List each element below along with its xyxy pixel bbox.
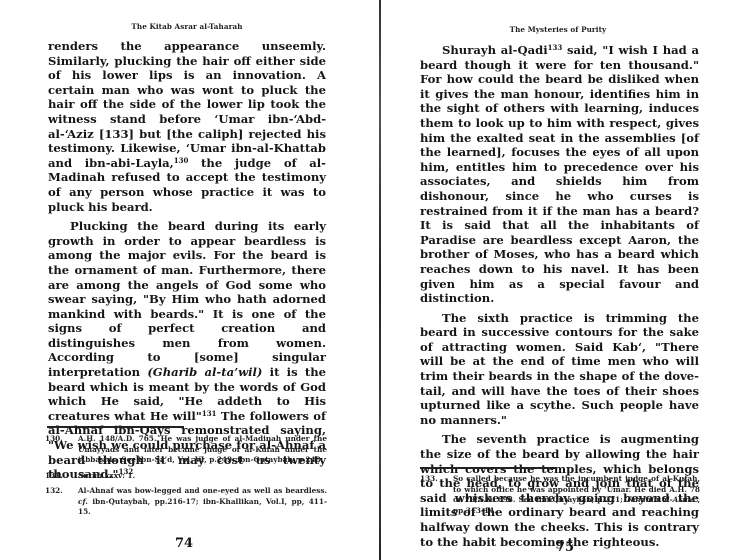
- footnote-ref: 130: [174, 156, 189, 165]
- italic-text: Tahdhib al-Asma’: [626, 495, 697, 504]
- footnote: 130.A.H. 148/A.D. 765. He was judge of a…: [45, 434, 327, 466]
- footnote: 131.Surah xxxv: 1.: [45, 471, 327, 482]
- italic-text: (Gharib al-ta’wil): [147, 365, 262, 379]
- paragraph: The sixth practice is trimming the beard…: [420, 311, 699, 428]
- footnote-ref: 131: [202, 409, 217, 418]
- page-number-left: 74: [164, 536, 204, 551]
- footnote-text: So called because he was the incumbent j…: [453, 474, 700, 516]
- right-page: The Mysteries of Purity Shurayh al-Qadi1…: [381, 0, 750, 560]
- page-number-right: 75: [545, 540, 585, 555]
- footnote-ref: 133: [548, 43, 563, 52]
- footnote-rule-left: [47, 426, 184, 428]
- italic-text: Surah: [78, 471, 102, 480]
- footnote-text: Surah xxxv: 1.: [78, 471, 327, 482]
- italic-text: cf.: [78, 497, 88, 506]
- footnote-text: A.H. 148/A.D. 765. He was judge of al-Ma…: [78, 434, 327, 466]
- footnote-number: 130.: [45, 434, 78, 466]
- footnote-number: 131.: [45, 471, 78, 482]
- paragraph: Shurayh al-Qadi133 said, "I wish I had a…: [420, 43, 699, 306]
- footnote: 133.So called because he was the incumbe…: [420, 474, 700, 516]
- running-head-right: The Mysteries of Purity: [419, 25, 697, 34]
- body-text-left: renders the appearance unseemly. Similar…: [48, 39, 326, 487]
- left-page: The Kitab Asrar al-Taharah renders the a…: [0, 0, 380, 560]
- footnote: 132.Al-Ahnaf was bow-legged and one-eyed…: [45, 486, 327, 518]
- footnotes-left: 130.A.H. 148/A.D. 765. He was judge of a…: [45, 434, 327, 523]
- book-spread: The Kitab Asrar al-Taharah renders the a…: [0, 0, 750, 560]
- footnote-number: 133.: [420, 474, 453, 516]
- running-head-left: The Kitab Asrar al-Taharah: [48, 22, 326, 31]
- footnote-rule-right: [420, 467, 557, 469]
- footnote-text: Al-Ahnaf was bow-legged and one-eyed as …: [78, 486, 327, 518]
- paragraph: renders the appearance unseemly. Similar…: [48, 39, 326, 214]
- footnote-number: 132.: [45, 486, 78, 518]
- footnotes-right: 133.So called because he was the incumbe…: [420, 474, 700, 521]
